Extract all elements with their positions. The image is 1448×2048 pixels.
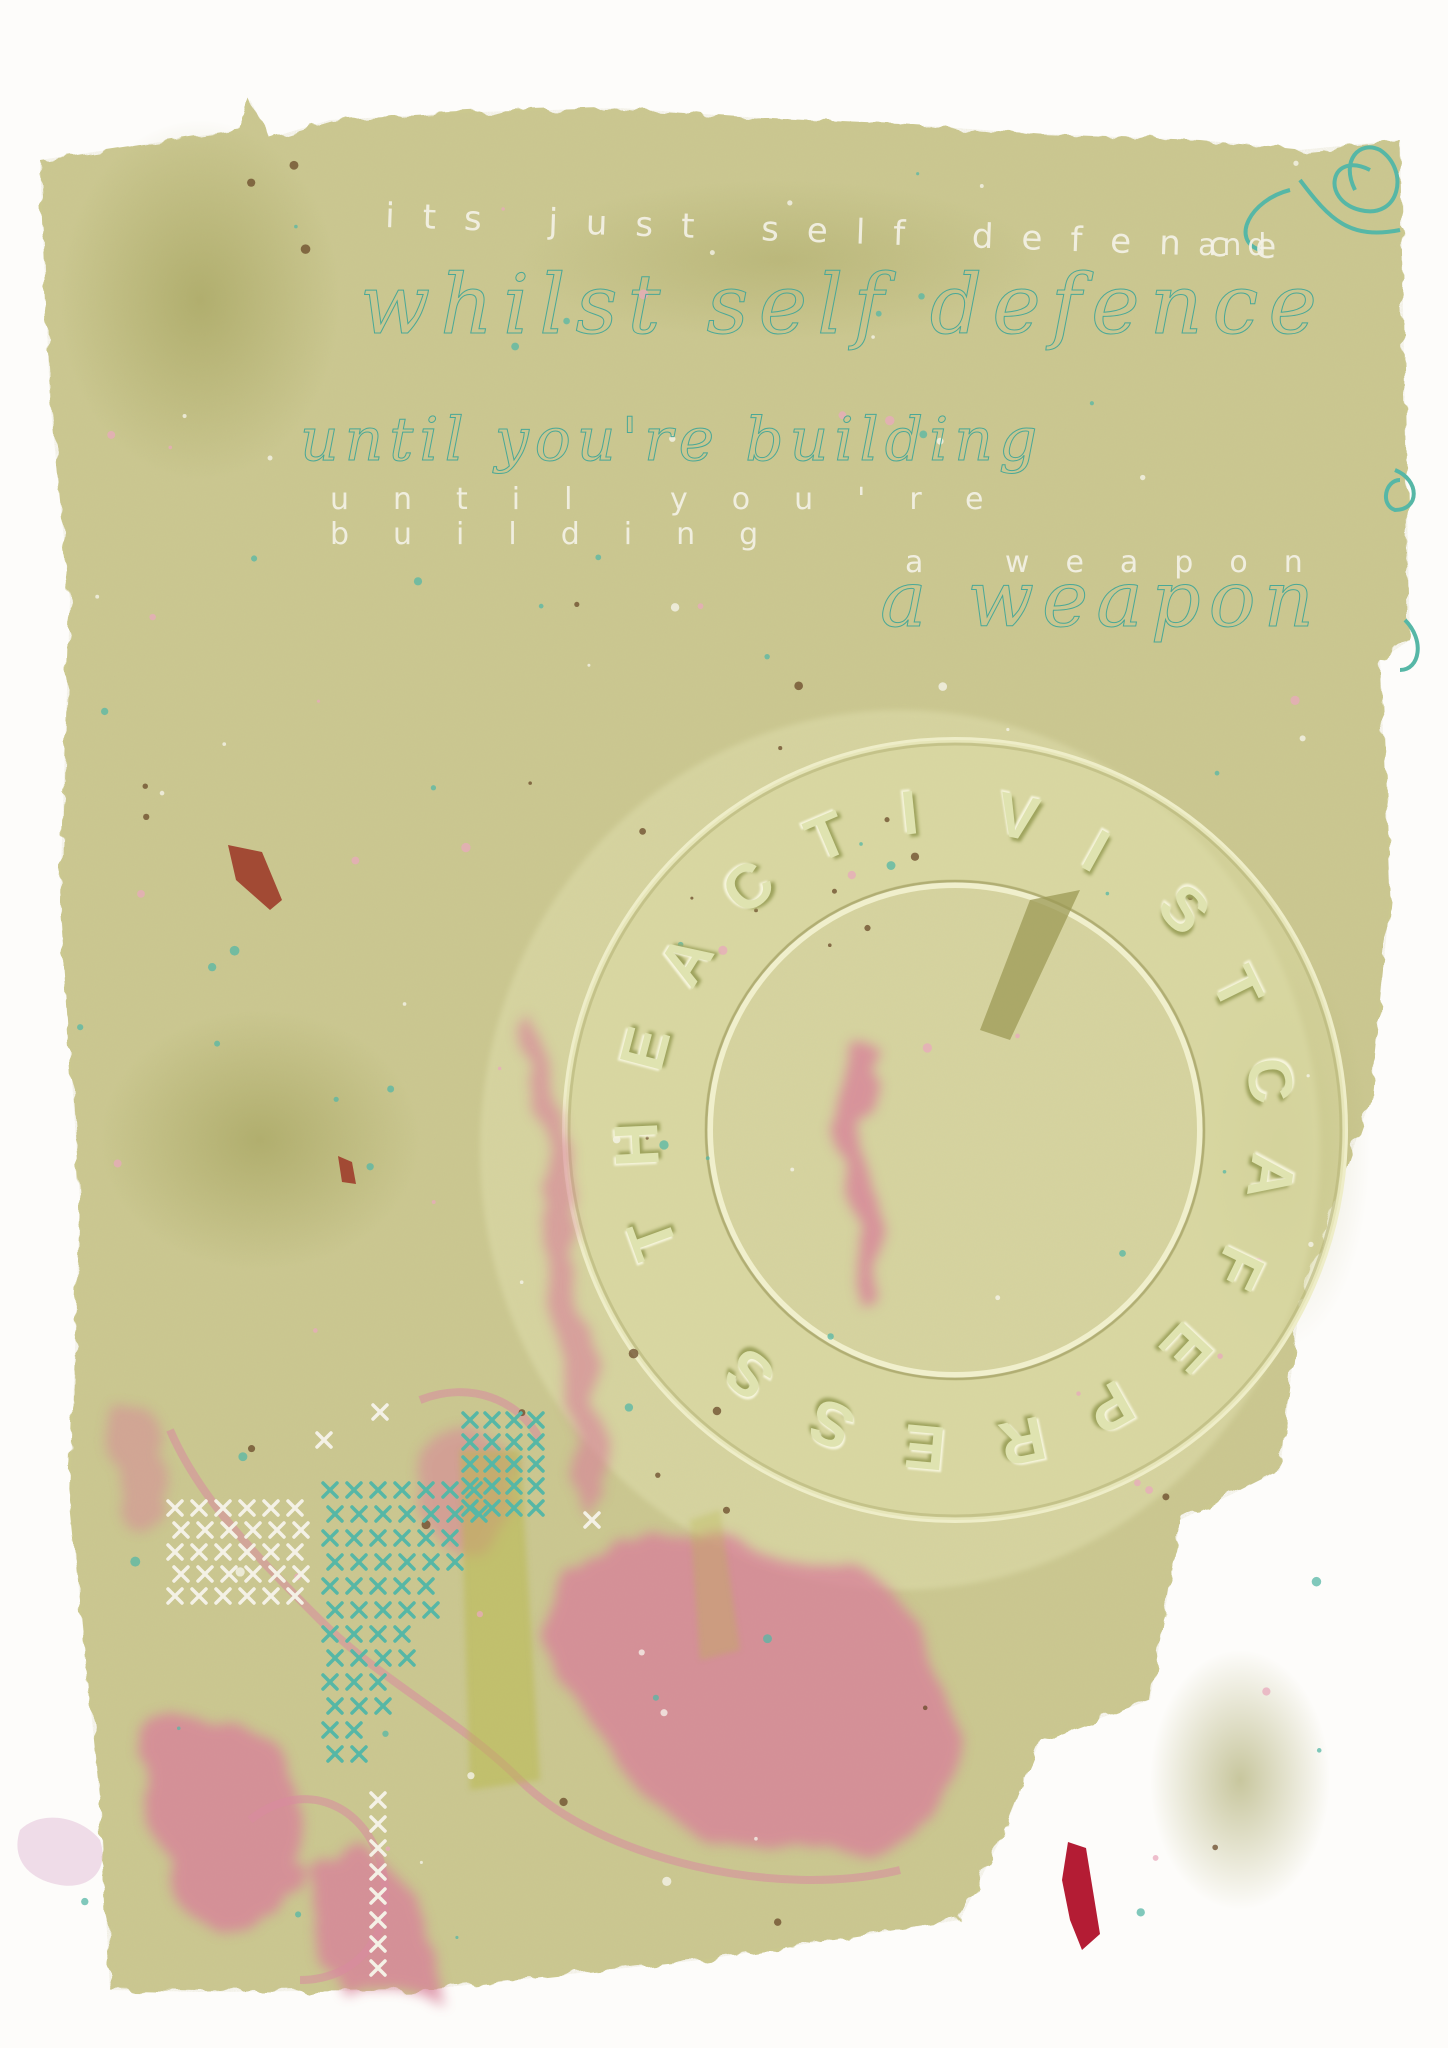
red-paper-fragment [1062,1842,1100,1950]
artwork-canvas [0,0,1448,2048]
pink-edge-stain [17,1818,102,1886]
